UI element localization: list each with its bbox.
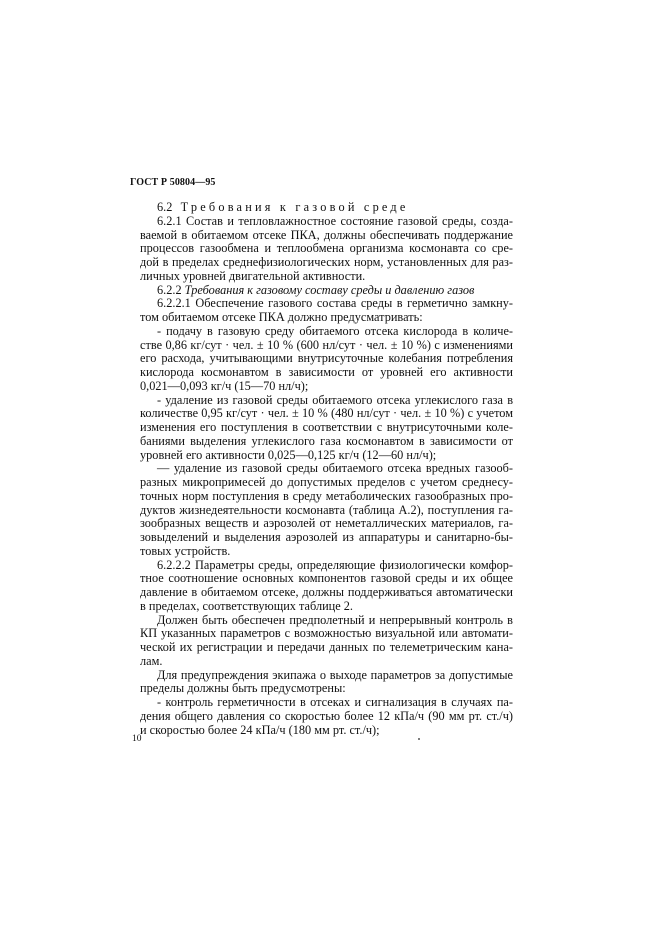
paragraph-lines: 6.2.1 Состав и тепловлажностное состояни… <box>140 215 513 738</box>
section-heading: 6.2 Требования к газовой среде <box>140 201 513 215</box>
text-line: дуктов жизнедеятельности космонавта (таб… <box>140 504 513 518</box>
text-line: Должен быть обеспечен предполетный и неп… <box>140 614 513 628</box>
text-line: - контроль герметичности в отсеках и сиг… <box>140 696 513 710</box>
text-line: ческой их регистрации и передачи данных … <box>140 641 513 655</box>
subsection-title: Требования к газовому составу среды и да… <box>185 283 475 297</box>
text-line: дения общего давления со скоростью более… <box>140 710 513 724</box>
text-line: баниями выделения углекислого газа космо… <box>140 435 513 449</box>
text-line: пределы должны быть предусмотрены: <box>140 682 513 696</box>
text-line: зообразных веществ и аэрозолей от немета… <box>140 517 513 531</box>
text-line: точных норм поступления в среду метаболи… <box>140 490 513 504</box>
text-line: КП указанных параметров с возможностью в… <box>140 627 513 641</box>
text-line: ваемой в обитаемом отсеке ПКА, должны об… <box>140 229 513 243</box>
scan-speck <box>418 738 420 740</box>
text-line: личных уровней двигательной активности. <box>140 270 513 284</box>
text-line: 6.2.2.2 Параметры среды, определяющие фи… <box>140 559 513 573</box>
text-line: количестве 0,95 кг/сут · чел. ± 10 % (48… <box>140 407 513 421</box>
text-line: его расхода, учитывающими внутрисуточные… <box>140 352 513 366</box>
page-number: 10 <box>132 734 142 744</box>
text-line: дой в пределах среднефизиологических нор… <box>140 256 513 270</box>
subsection-number: 6.2.2 <box>157 283 182 297</box>
text-line: стве 0,86 кг/сут · чел. ± 10 % (600 нл/с… <box>140 339 513 353</box>
text-line: — удаление из газовой среды обитаемого о… <box>140 462 513 476</box>
text-line: - удаление из газовой среды обитаемого о… <box>140 394 513 408</box>
text-line: уровней его активности 0,025—0,125 кг/ч … <box>140 449 513 463</box>
text-line: товых устройств. <box>140 545 513 559</box>
text-line: том обитаемом отсеке ПКА должно предусма… <box>140 311 513 325</box>
text-line: 6.2.1 Состав и тепловлажностное состояни… <box>140 215 513 229</box>
text-line: Для предупреждения экипажа о выходе пара… <box>140 669 513 683</box>
text-line: давление в обитаемом отсеке, должны подд… <box>140 586 513 600</box>
text-line: и скоростью более 24 кПа/ч (180 мм рт. с… <box>140 724 513 738</box>
text-line: тное соотношение основных компонентов га… <box>140 572 513 586</box>
text-line: - подачу в газовую среду обитаемого отсе… <box>140 325 513 339</box>
text-line: зовыделений и выделения аэрозолей из апп… <box>140 531 513 545</box>
section-number: 6.2 <box>157 200 172 214</box>
document-body: 6.2 Требования к газовой среде 6.2.1 Сос… <box>140 201 513 737</box>
text-line: процессов газообмена и теплообмена орган… <box>140 242 513 256</box>
text-line: 6.2.2.1 Обеспечение газового состава сре… <box>140 297 513 311</box>
text-line: в пределах, соответствующих таблице 2. <box>140 600 513 614</box>
text-line: кислорода космонавтом в зависимости от у… <box>140 366 513 380</box>
text-line: 0,021—0,093 кг/ч (15—70 нл/ч); <box>140 380 513 394</box>
text-line: изменения его поступления в соответствии… <box>140 421 513 435</box>
section-title: Требования к газовой среде <box>181 200 409 214</box>
document-page: ГОСТ Р 50804—95 6.2 Требования к газовой… <box>0 0 661 935</box>
text-line: лам. <box>140 655 513 669</box>
text-line: разных микропримесей до допустимых преде… <box>140 476 513 490</box>
text-line: 6.2.2 Требования к газовому составу сред… <box>140 284 513 298</box>
document-header: ГОСТ Р 50804—95 <box>130 177 216 188</box>
